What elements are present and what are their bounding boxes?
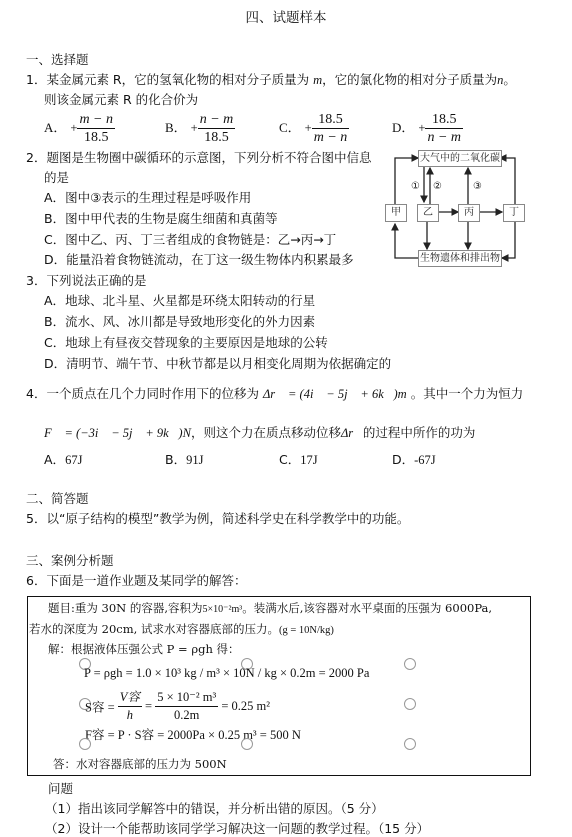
question-number: 3． [26,273,46,288]
remains-excreta-box: 生物遗体和排出物 [418,250,502,267]
numerator: 18.5 [425,111,463,129]
option-label: A． [44,190,65,205]
question-number: 5． [26,511,46,526]
student-solution-box: 题目:重为 30N 的容器,容积为5×10⁻²m³。装满水后,该容器对水平桌面的… [27,596,531,776]
problem-text: 题目:重为 30N 的容器,容积为 [48,601,203,615]
question-text: 。其中一个力为恒力 [411,386,524,401]
question-text: 。 [503,72,516,87]
sign: + [70,121,77,135]
denominator: 18.5 [198,129,236,146]
question-text: 下列说法正确的是 [46,273,146,288]
question-number: 4． [26,386,46,401]
node-jia: 甲 [385,204,407,222]
volume-value: 5×10⁻²m³ [203,604,243,615]
carbon-cycle-diagram: 大气中的二氧化碳 甲 乙 丙 丁 生物遗体和排出物 ① ② ③ [378,148,540,268]
problem-line1: 题目:重为 30N 的容器,容积为5×10⁻²m³。装满水后,该容器对水平桌面的… [48,600,492,616]
numerator: n − m [198,111,236,129]
question-4-option-b[interactable]: B．91J [165,450,203,468]
equation-area: S容 = V容h = 5 × 10⁻² m³0.2m = 0.25 m² [85,689,270,724]
placeholder-circle-icon [79,738,91,750]
option-label: C． [279,120,301,135]
option-label: A． [44,452,65,467]
denominator: 18.5 [77,129,115,146]
option-label: B． [165,452,186,467]
question-text: ，它的氯化物的相对分子质量为 [322,72,497,87]
placeholder-circle-icon [241,738,253,750]
question-4-option-a[interactable]: A．67J [44,450,82,468]
question-6-stem: 6．下面是一道作业题及某同学的解答： [26,571,246,589]
question-4-option-d[interactable]: D．-67J [392,450,436,468]
question-2-option-b[interactable]: B．图中甲代表的生物是腐生细菌和真菌等 [44,209,278,227]
question-number: 6． [26,573,46,588]
node-bing: 丙 [458,204,480,222]
force-formula: F⃗ = (−3i⃗ − 5j⃗ + 9k⃗)N [44,426,191,440]
question-2-option-a[interactable]: A．图中③表示的生理过程是呼吸作用 [44,188,251,206]
placeholder-circle-icon [404,738,416,750]
option-text: 图中③表示的生理过程是呼吸作用 [65,190,251,205]
numerator: m − n [77,111,115,129]
question-1-line2: 则该金属元素 R 的化合价为 [44,90,198,108]
fraction: 18.5n − m [425,111,463,146]
question-3-option-d[interactable]: D．清明节、端午节、中秋节都是以月相变化周期为依据确定的 [44,354,391,372]
question-3-option-c[interactable]: C．地球上有昼夜交替现象的主要原因是地球的公转 [44,333,328,351]
option-label: B． [44,211,65,226]
sign: + [191,121,198,135]
problem-text: 。装满水后,该容器对水平桌面的压强为 6000Pa, [242,601,492,615]
numerator: 5 × 10⁻² m³ [155,689,218,707]
fraction: 18.5m − n [312,111,350,146]
equation-force: F容 = P · S容 = 2000Pa × 0.25 m³ = 500 N [85,725,301,743]
question-2-option-c[interactable]: C．图中乙、丙、丁三者组成的食物链是：乙→丙→丁 [44,230,336,248]
option-label: A． [44,120,66,135]
fraction: n − m18.5 [198,111,236,146]
displacement-formula: Δr⃗ = (4i⃗ − 5j⃗ + 6k⃗)m [263,387,407,401]
denominator: m − n [312,129,350,146]
question-number: 2． [26,150,46,165]
option-text: 图中乙、丙、丁三者组成的食物链是：乙→丙→丁 [65,232,336,247]
sub-question-1: （1）指出该同学解答中的错误，并分析出错的原因。（5 分） [45,799,384,817]
option-label: D． [392,120,414,135]
var-m: m [313,73,322,87]
question-4-option-c[interactable]: C．17J [279,450,318,468]
question-3-option-b[interactable]: B．流水、风、冰川都是导致地形变化的外力因素 [44,312,315,330]
sub-question-2: （2）设计一个能帮助该同学学习解决这一问题的教学过程。（15 分） [45,819,429,837]
denominator: n − m [425,129,463,146]
option-text: -67J [414,453,436,467]
displacement-symbol: Δr⃗ [341,426,363,440]
option-label: D． [392,452,414,467]
option-text: 17J [300,453,317,467]
solution-intro: 解：根据液体压强公式 P = ρgh 得： [48,641,240,657]
question-text: 一个质点在几个力同时作用下的位移为 [46,386,259,401]
equation-pressure: P = ρgh = 1.0 × 10³ kg / m³ × 10N / kg ×… [84,666,369,681]
question-3-stem: 3．下列说法正确的是 [26,271,146,289]
option-label: D． [44,252,66,267]
question-text: 以“原子结构的模型”教学为例，简述科学史在科学教学中的功能。 [46,511,409,526]
option-label: B． [165,120,187,135]
question-2-option-d[interactable]: D．能量沿着食物链流动，在丁这一级生物体内积累最多 [44,250,354,268]
problem-line2: 若水的深度为 20cm, 试求水对容器底部的压力。(g = 10N/kg) [29,621,334,637]
option-text: 能量沿着食物链流动，在丁这一级生物体内积累最多 [66,252,354,267]
fraction: V容h [118,689,142,724]
question-2-line1: 2．题图是生物圈中碳循环的示意图，下列分析不符合图中信息 [26,148,371,166]
questions-heading: 问题 [48,779,73,797]
question-1-option-a[interactable]: A． +m − n18.5 [44,111,115,146]
fraction: m − n18.5 [77,111,115,146]
section-heading-choice: 一、选择题 [26,50,89,68]
option-text: 图中甲代表的生物是腐生细菌和真菌等 [65,211,278,226]
label-1: ① [411,181,420,192]
denominator: 0.2m [155,707,218,724]
option-label: C． [279,452,300,467]
page-title: 四、试题样本 [0,6,572,26]
sign: + [305,121,312,135]
label-2: ② [433,181,442,192]
placeholder-circle-icon [404,698,416,710]
question-1-option-d[interactable]: D． +18.5n − m [392,111,463,146]
option-text: 地球、北斗星、火星都是环绕太阳转动的行星 [65,293,315,308]
question-text: 题图是生物圈中碳循环的示意图，下列分析不符合图中信息 [46,150,371,165]
problem-text: 若水的深度为 20cm, 试求水对容器底部的压力。 [29,622,279,636]
option-text: 清明节、端午节、中秋节都是以月相变化周期为依据确定的 [66,356,391,371]
question-3-option-a[interactable]: A．地球、北斗星、火星都是环绕太阳转动的行星 [44,291,315,309]
question-text: 的过程中所作的功为 [363,425,476,440]
node-yi: 乙 [417,204,439,222]
option-text: 地球上有昼夜交替现象的主要原因是地球的公转 [65,335,328,350]
question-2-line2: 的是 [44,168,69,186]
option-text: 流水、风、冰川都是导致地形变化的外力因素 [65,314,315,329]
placeholder-circle-icon [404,658,416,670]
option-label: A． [44,293,65,308]
question-1-line1: 1．某金属元素 R，它的氢氧化物的相对分子质量为 m，它的氯化物的相对分子质量为… [26,70,516,88]
question-text: 下面是一道作业题及某同学的解答： [46,573,246,588]
question-number: 1． [26,72,46,87]
fraction: 5 × 10⁻² m³0.2m [155,689,218,724]
section-heading-case-analysis: 三、案例分析题 [26,551,114,569]
question-text: ，则这个力在质点移动位移 [191,425,341,440]
option-label: D． [44,356,66,371]
numerator: V容 [118,689,142,707]
question-4-line1: 4．一个质点在几个力同时作用下的位移为 Δr⃗ = (4i⃗ − 5j⃗ + 6… [26,384,523,402]
question-1-option-b[interactable]: B． +n − m18.5 [165,111,235,146]
denominator: h [118,707,142,724]
option-label: B． [44,314,65,329]
section-heading-short-answer: 二、简答题 [26,489,89,507]
gravity-note: (g = 10N/kg) [279,625,334,636]
numerator: 18.5 [312,111,350,129]
option-text: 91J [186,453,203,467]
sign: + [418,121,425,135]
option-text: 67J [65,453,82,467]
option-label: C． [44,232,65,247]
area-lhs: S容 = [85,701,115,715]
option-label: C． [44,335,65,350]
node-ding: 丁 [503,204,525,222]
atmosphere-co2-box: 大气中的二氧化碳 [418,150,502,167]
question-1-option-c[interactable]: C． +18.5m − n [279,111,349,146]
question-4-line2: F⃗ = (−3i⃗ − 5j⃗ + 9k⃗)N，则这个力在质点移动位移Δr⃗的… [44,423,475,441]
question-text: 某金属元素 R，它的氢氧化物的相对分子质量为 [46,72,309,87]
label-3: ③ [473,181,482,192]
question-5: 5．以“原子结构的模型”教学为例，简述科学史在科学教学中的功能。 [26,509,409,527]
area-result: = 0.25 m² [221,699,270,713]
solution-answer: 答：水对容器底部的压力为 500N [53,756,227,772]
